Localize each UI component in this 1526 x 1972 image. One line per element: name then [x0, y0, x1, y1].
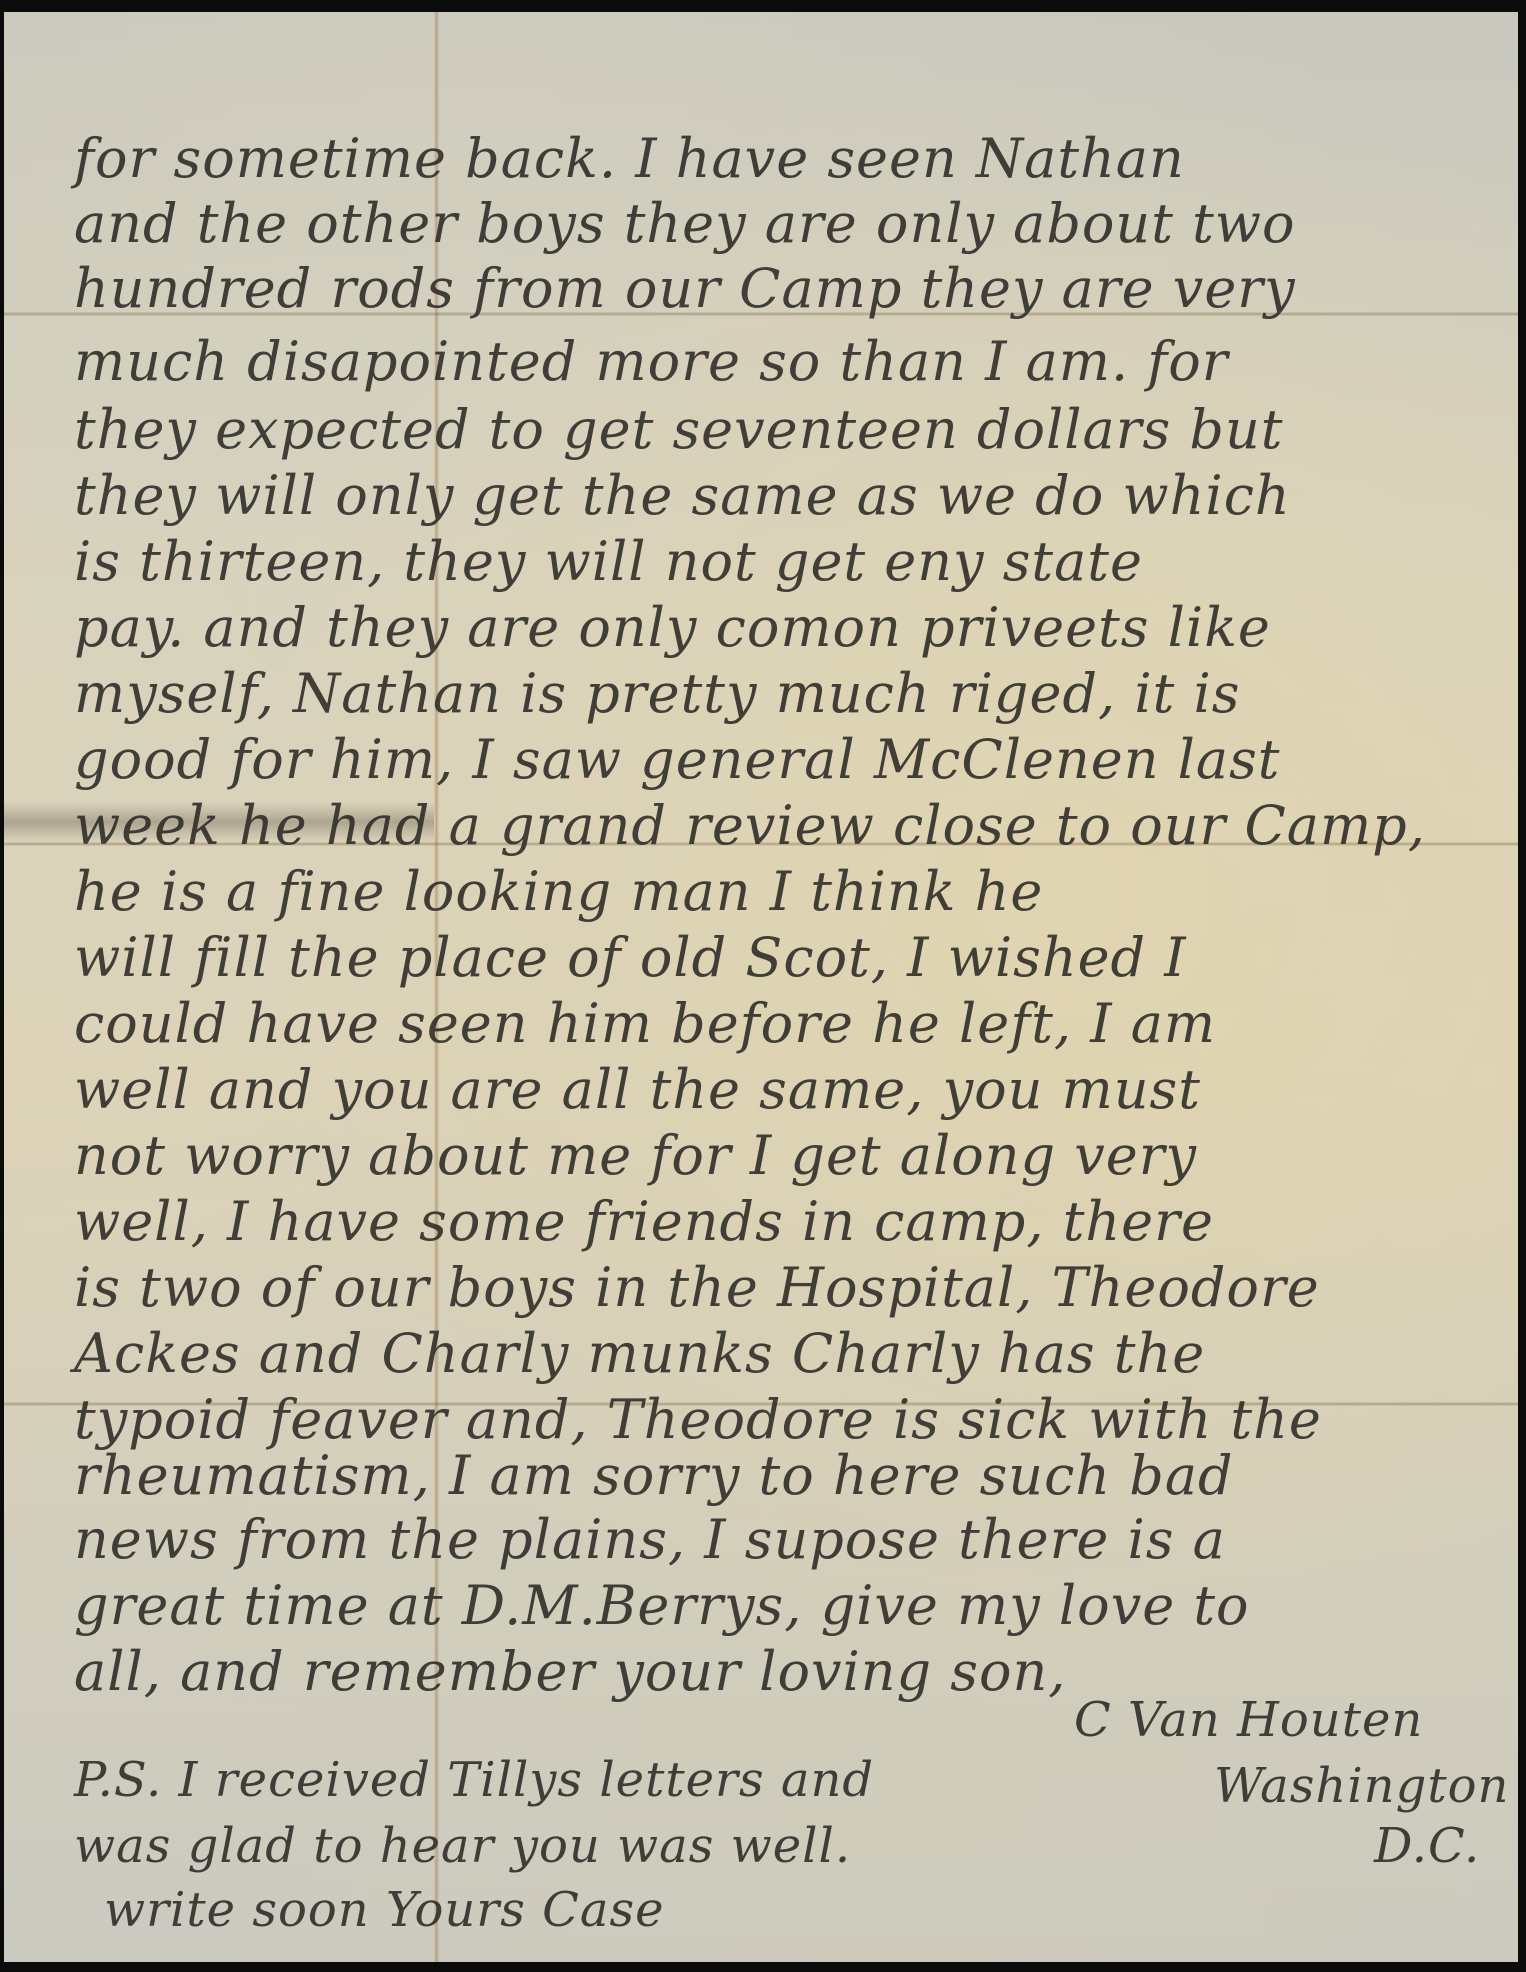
letter-line: is two of our boys in the Hospital, Theo…	[74, 1256, 1320, 1319]
letter-line: could have seen him before he left, I am	[74, 992, 1216, 1055]
letter-line: Ackes and Charly munks Charly has the	[74, 1322, 1205, 1385]
letter-line: well, I have some friends in camp, there	[74, 1190, 1214, 1253]
letter-line: great time at D.M.Berrys, give my love t…	[74, 1574, 1250, 1637]
letter-line: they will only get the same as we do whi…	[74, 464, 1291, 527]
letter-line: typoid feaver and, Theodore is sick with…	[74, 1388, 1322, 1451]
letter-line: week he had a grand review close to our …	[74, 794, 1426, 857]
letter-line: good for him, I saw general McClenen las…	[74, 728, 1281, 791]
letter-line: and the other boys they are only about t…	[74, 192, 1296, 255]
letter-line: not worry about me for I get along very	[74, 1124, 1197, 1187]
letter-line: he is a fine looking man I think he	[74, 860, 1043, 923]
signature: C Van Houten	[1074, 1692, 1423, 1748]
location-city: Washington	[1214, 1758, 1509, 1814]
letter-line: myself, Nathan is pretty much riged, it …	[74, 662, 1240, 725]
letter-line: hundred rods from our Camp they are very	[74, 257, 1296, 320]
letter-page: for sometime back. I have seen Nathan an…	[4, 12, 1518, 1962]
letter-line: all, and remember your loving son,	[74, 1640, 1066, 1703]
letter-line: for sometime back. I have seen Nathan	[74, 127, 1185, 190]
letter-line: rheumatism, I am sorry to here such bad	[74, 1444, 1234, 1507]
letter-line: well and you are all the same, you must	[74, 1058, 1201, 1121]
letter-line: they expected to get seventeen dollars b…	[74, 398, 1283, 461]
letter-line: news from the plains, I supose there is …	[74, 1508, 1226, 1571]
postscript-line: P.S. I received Tillys letters and	[74, 1752, 874, 1808]
letter-line: will fill the place of old Scot, I wishe…	[74, 926, 1187, 989]
location-region: D.C.	[1374, 1818, 1480, 1874]
letter-line: is thirteen, they will not get eny state	[74, 530, 1143, 593]
postscript-line: write soon Yours Case	[104, 1882, 664, 1938]
letter-line: much disapointed more so than I am. for	[74, 330, 1229, 393]
letter-line: pay. and they are only comon priveets li…	[74, 596, 1271, 659]
postscript-line: was glad to hear you was well.	[74, 1818, 851, 1874]
